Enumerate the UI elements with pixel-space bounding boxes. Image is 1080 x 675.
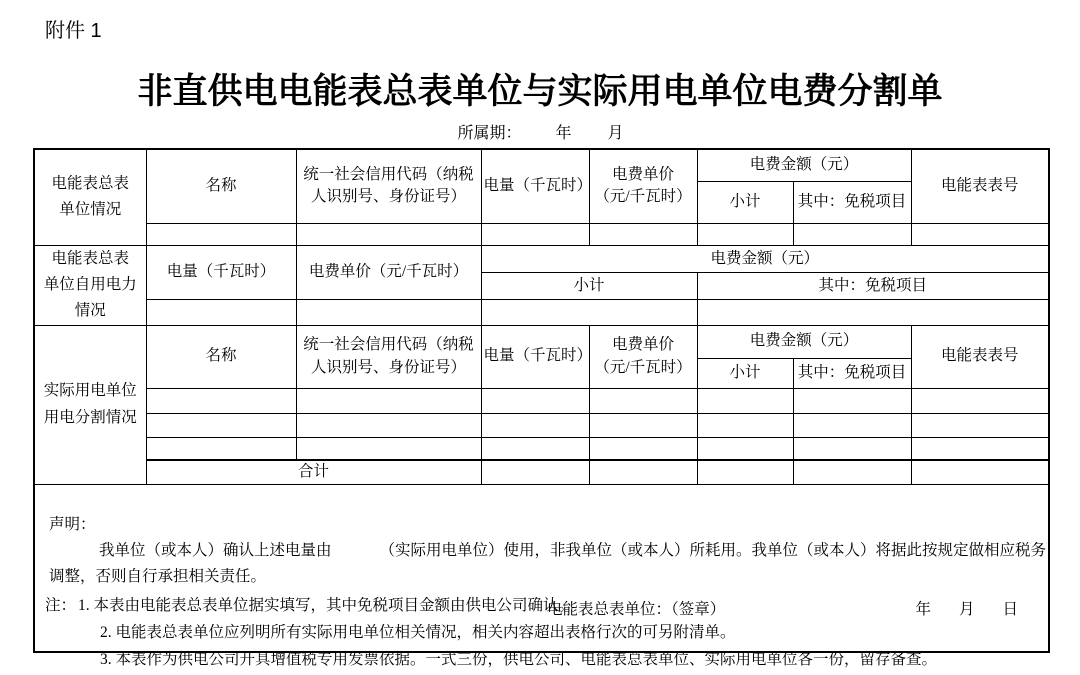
s3-header-meter-no: 电能表表号 [911, 325, 1049, 388]
blank-cell [589, 413, 697, 437]
blank-cell [589, 223, 697, 245]
blank-cell [296, 413, 481, 437]
blank-cell [146, 300, 296, 325]
blank-cell [296, 388, 481, 413]
s1-header-quantity: 电量（千瓦时） [481, 149, 589, 223]
s2-row-label: 电能表总表 单位自用电力 情况 [34, 245, 146, 325]
period-month: 月 [608, 125, 624, 142]
declaration-title: 声明： [49, 512, 1034, 538]
s2-header-unit-price: 电费单价（元/千瓦时） [296, 245, 481, 300]
blank-cell [296, 437, 481, 460]
s1-header-meter-no: 电能表表号 [911, 149, 1049, 223]
blank-cell [481, 223, 589, 245]
blank-cell [697, 300, 1049, 325]
s1-header-unit-price: 电费单价 （元/千瓦时） [589, 149, 697, 223]
s1-header-subtotal: 小计 [697, 181, 793, 223]
note-text-2: 2. 电能表总表单位应列明所有实际用电单位相关情况，相关内容超出表格行次的可另附… [100, 624, 736, 641]
blank-cell [589, 437, 697, 460]
s3-row-label: 实际用电单位 用电分割情况 [34, 325, 146, 484]
s3-header-tax-free: 其中：免税项目 [793, 358, 911, 388]
blank-cell [146, 437, 296, 460]
blank-cell [589, 460, 697, 484]
s3-header-quantity: 电量（千瓦时） [481, 325, 589, 388]
s2-header-tax-free: 其中：免税项目 [697, 273, 1049, 300]
blank-cell [589, 388, 697, 413]
s3-header-subtotal: 小计 [697, 358, 793, 388]
s3-header-credit-code: 统一社会信用代码（纳税 人识别号、身份证号） [296, 325, 481, 388]
period-line: 所属期：年月 [33, 120, 1048, 143]
note-item-1: 注：1. 本表由电能表总表单位据实填写，其中免税项目金额由供电公司确认。 [45, 592, 1055, 619]
blank-cell [697, 437, 793, 460]
blank-cell [911, 223, 1049, 245]
s3-header-amount: 电费金额（元） [697, 325, 911, 358]
blank-cell [296, 223, 481, 245]
blank-cell [481, 413, 589, 437]
notes: 注：1. 本表由电能表总表单位据实填写，其中免税项目金额由供电公司确认。 2. … [45, 592, 1055, 673]
blank-cell [481, 388, 589, 413]
blank-cell [146, 413, 296, 437]
blank-cell [697, 223, 793, 245]
blank-cell [481, 437, 589, 460]
notes-prefix: 注： [45, 597, 76, 614]
blank-cell [911, 460, 1049, 484]
s2-header-subtotal: 小计 [481, 273, 697, 300]
s3-total-label: 合计 [146, 460, 481, 484]
blank-cell [793, 460, 911, 484]
blank-cell [146, 388, 296, 413]
blank-cell [481, 460, 589, 484]
s1-header-tax-free: 其中：免税项目 [793, 181, 911, 223]
s2-header-amount: 电费金额（元） [481, 245, 1049, 273]
blank-cell [793, 388, 911, 413]
blank-cell [296, 300, 481, 325]
s1-header-name: 名称 [146, 149, 296, 223]
note-text-3: 3. 本表作为供电公司开具增值税专用发票依据。一式三份，供电公司、电能表总表单位… [100, 651, 937, 668]
fee-split-table: 电能表总表 单位情况 名称 统一社会信用代码（纳税 人识别号、身份证号） 电量（… [33, 148, 1050, 653]
blank-cell [793, 437, 911, 460]
declaration-body-wrap: 调整，否则自行承担相关责任。 [49, 564, 1034, 590]
s1-header-credit-code: 统一社会信用代码（纳税 人识别号、身份证号） [296, 149, 481, 223]
s3-header-unit-price: 电费单价 （元/千瓦时） [589, 325, 697, 388]
declaration-confirm-suffix: （实际用电单位）使用，非我单位（或本人）所耗用。我单位（或本人）将据此按规定做相… [380, 542, 1047, 559]
s1-header-amount: 电费金额（元） [697, 149, 911, 181]
blank-cell [911, 388, 1049, 413]
blank-cell [793, 223, 911, 245]
note-item-2: 2. 电能表总表单位应列明所有实际用电单位相关情况，相关内容超出表格行次的可另附… [100, 619, 1055, 646]
s3-header-name: 名称 [146, 325, 296, 388]
blank-cell [911, 437, 1049, 460]
blank-cell [793, 413, 911, 437]
blank-cell [481, 300, 697, 325]
s2-header-quantity: 电量（千瓦时） [146, 245, 296, 300]
period-year: 年 [555, 125, 571, 142]
period-label: 所属期： [457, 125, 521, 142]
page-title: 非直供电电能表总表单位与实际用电单位电费分割单 [0, 74, 1080, 111]
s1-row-label: 电能表总表 单位情况 [34, 149, 146, 245]
blank-cell [911, 413, 1049, 437]
declaration-body-line: 我单位（或本人）确认上述电量由（实际用电单位）使用，非我单位（或本人）所耗用。我… [49, 538, 1034, 564]
attachment-label: 附件 1 [45, 14, 102, 43]
note-text-1: 1. 本表由电能表总表单位据实填写，其中免税项目金额由供电公司确认。 [78, 597, 574, 614]
blank-cell [697, 388, 793, 413]
declaration-confirm-prefix: 我单位（或本人）确认上述电量由 [99, 542, 332, 559]
blank-cell [146, 223, 296, 245]
blank-cell [697, 413, 793, 437]
note-item-3: 3. 本表作为供电公司开具增值税专用发票依据。一式三份，供电公司、电能表总表单位… [100, 646, 1055, 673]
blank-cell [697, 460, 793, 484]
